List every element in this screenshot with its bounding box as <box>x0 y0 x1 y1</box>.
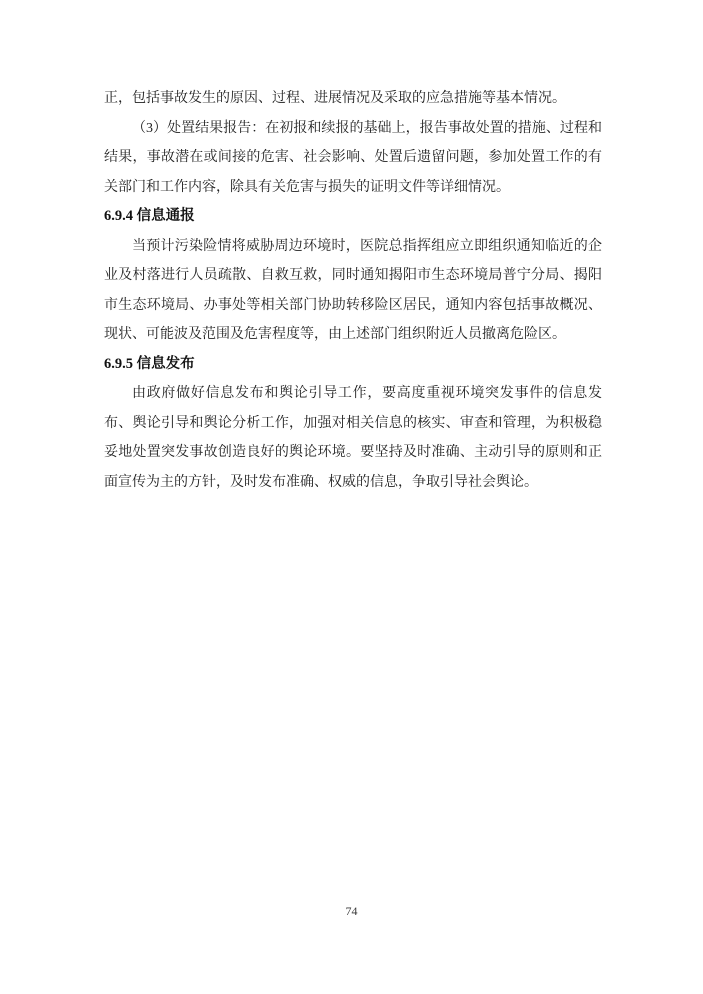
heading-6-9-4-information-notification: 6.9.4 信息通报 <box>104 202 602 232</box>
paragraph-information-notification: 当预计污染险情将威胁周边环境时，医院总指挥组应立即组织通知临近的企业及村落进行人… <box>104 232 602 350</box>
paragraph-information-release: 由政府做好信息发布和舆论引导工作，要高度重视环境突发事件的信息发布、舆论引导和舆… <box>104 379 602 497</box>
page-number: 74 <box>346 904 358 918</box>
page-content: 正，包括事故发生的原因、过程、进展情况及采取的应急措施等基本情况。 （3）处置结… <box>104 84 602 497</box>
paragraph-disposal-result-report: （3）处置结果报告：在初报和续报的基础上，报告事故处置的措施、过程和结果，事故潜… <box>104 114 602 203</box>
document-page: 正，包括事故发生的原因、过程、进展情况及采取的应急措施等基本情况。 （3）处置结… <box>0 0 703 994</box>
heading-6-9-5-information-release: 6.9.5 信息发布 <box>104 350 602 380</box>
paragraph-continuation: 正，包括事故发生的原因、过程、进展情况及采取的应急措施等基本情况。 <box>104 84 602 114</box>
page-footer: 74 <box>0 903 703 919</box>
